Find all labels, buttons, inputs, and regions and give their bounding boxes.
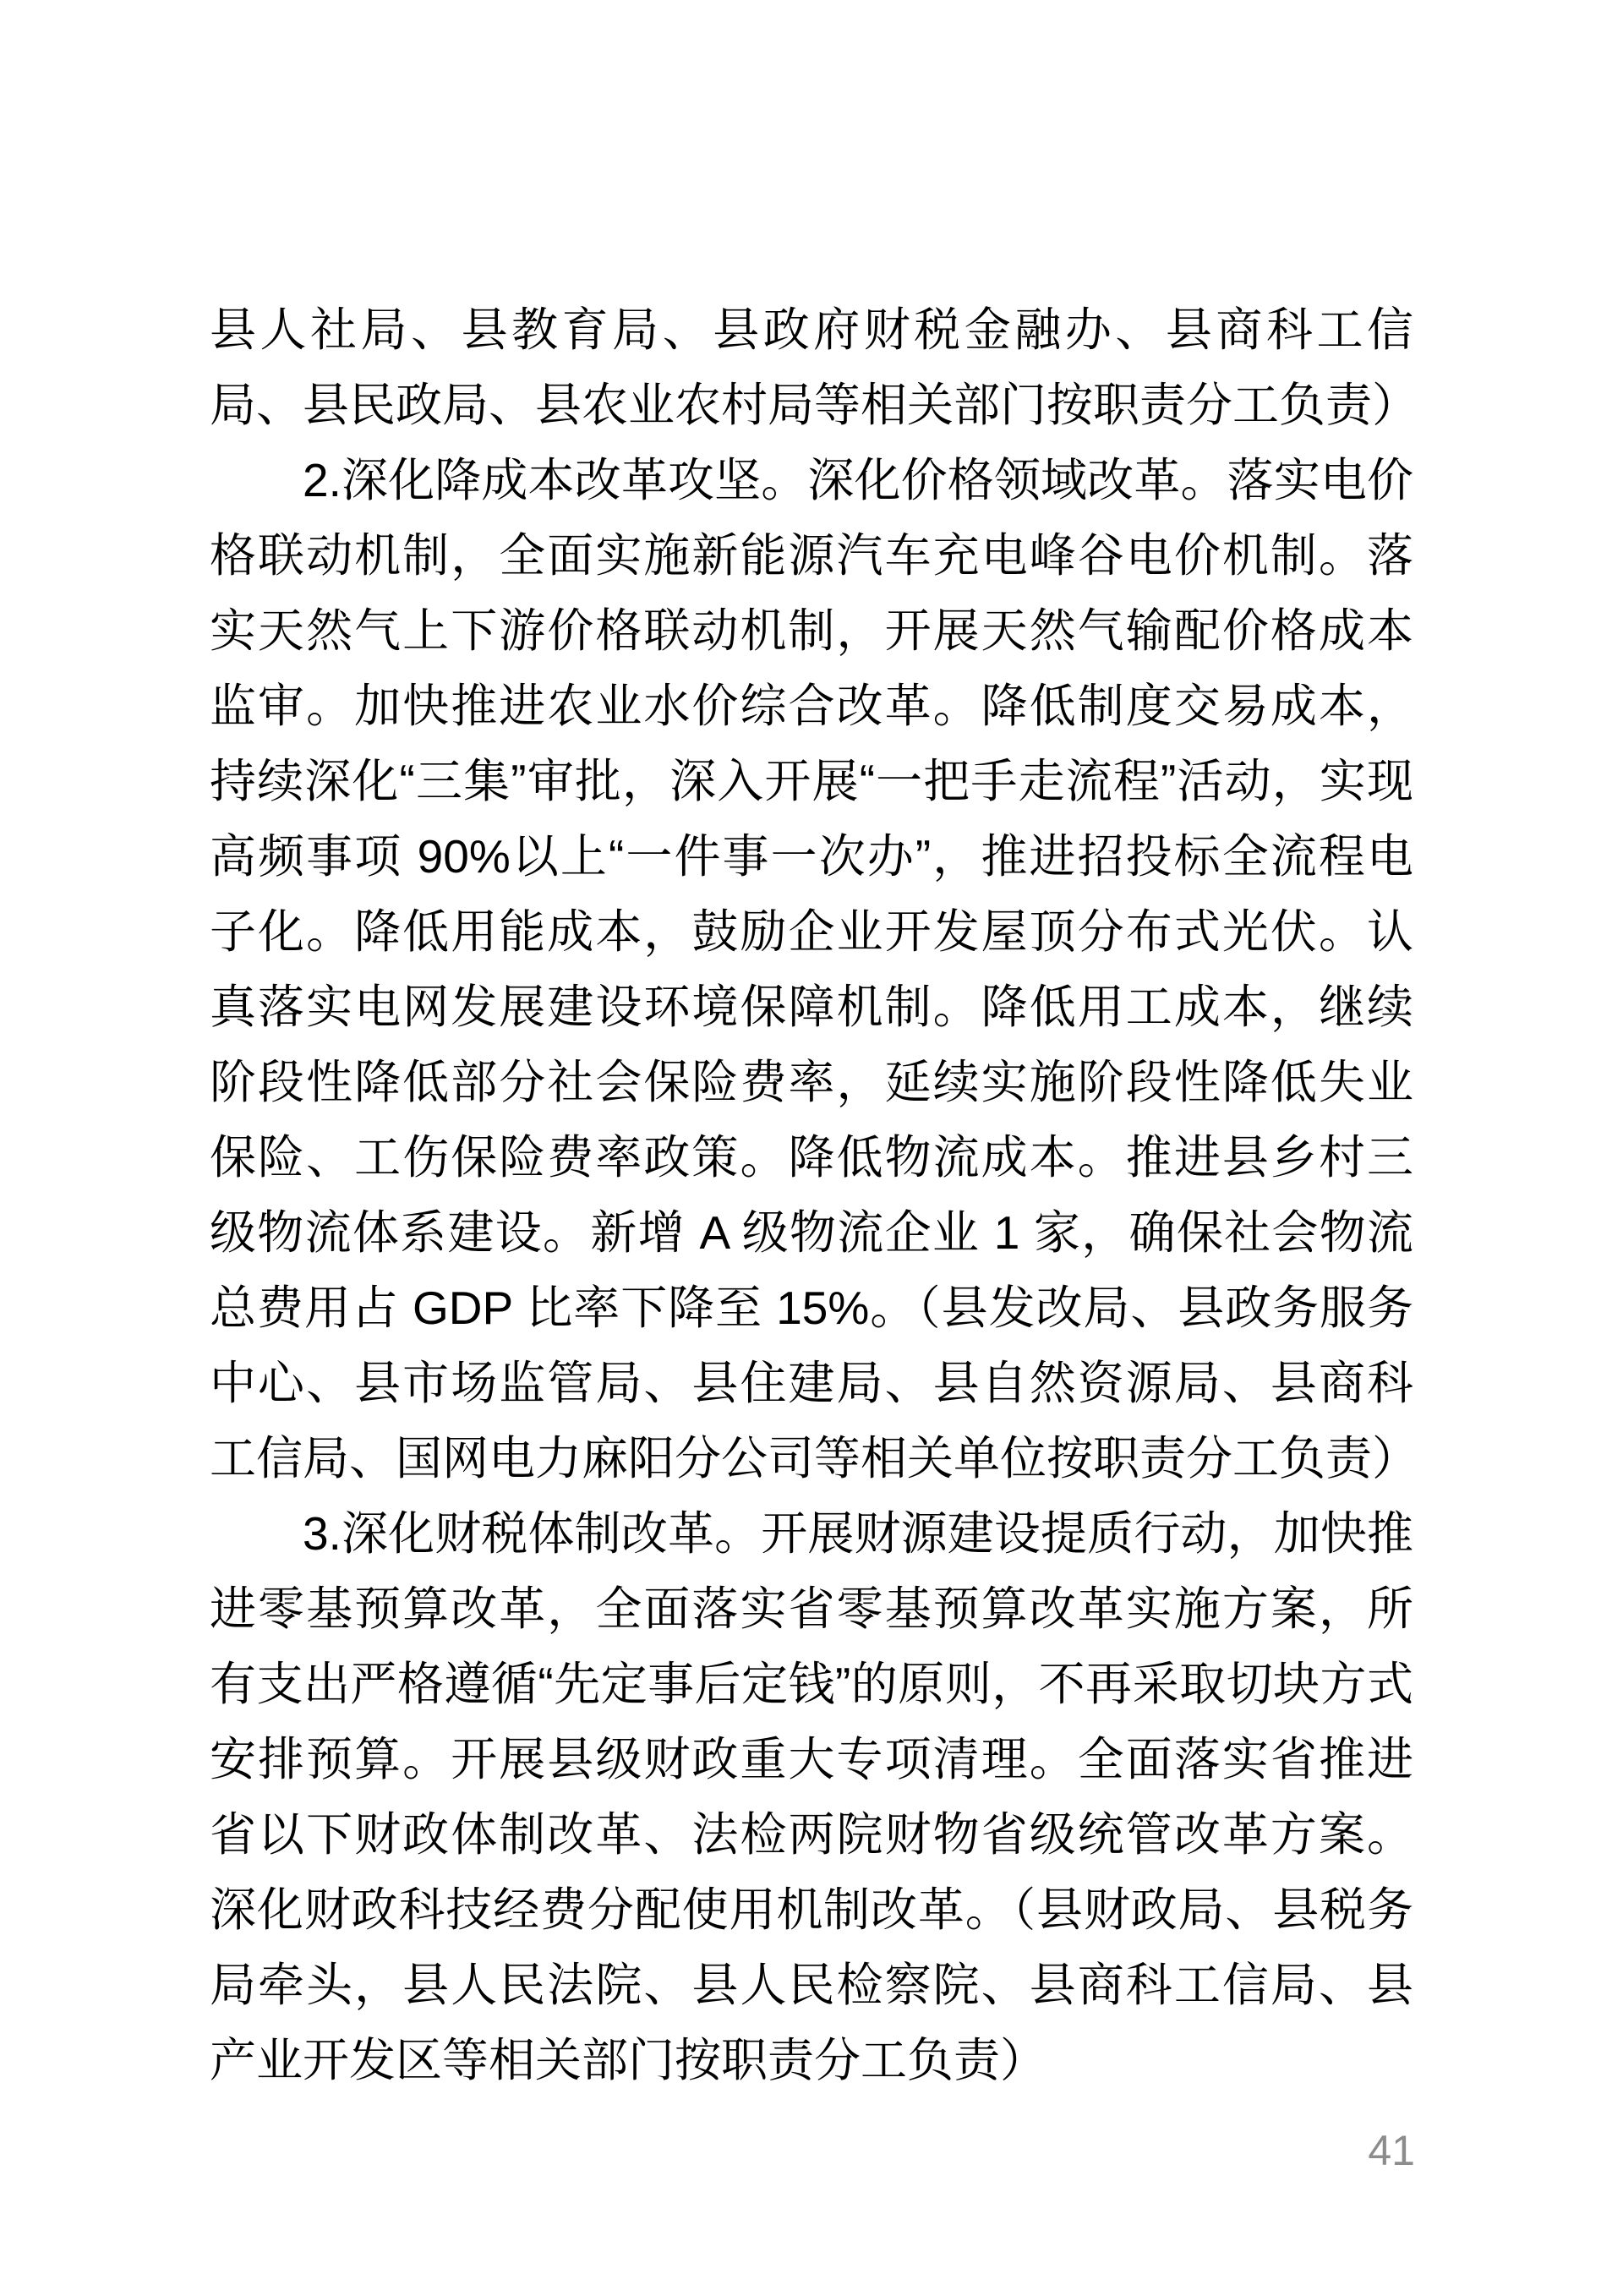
paragraph-3-fiscal-tax-reform: 3.深化财税体制改革。开展财源建设提质行动，加快推进零基预算改革，全面落实省零基… xyxy=(210,1496,1413,2098)
document-page: 县人社局、县教育局、县政府财税金融办、县商科工信局、县民政局、县农业农村局等相关… xyxy=(0,0,1623,2296)
page-text-body: 县人社局、县教育局、县政府财税金融办、县商科工信局、县民政局、县农业农村局等相关… xyxy=(210,292,1413,2098)
page-number: 41 xyxy=(1319,2129,1415,2173)
paragraph-2-cost-reduction-reform: 2.深化降成本改革攻坚。深化价格领域改革。落实电价格联动机制，全面实施新能源汽车… xyxy=(210,443,1413,1496)
paragraph-continued-responsibility-clause: 县人社局、县教育局、县政府财税金融办、县商科工信局、县民政局、县农业农村局等相关… xyxy=(210,292,1413,443)
